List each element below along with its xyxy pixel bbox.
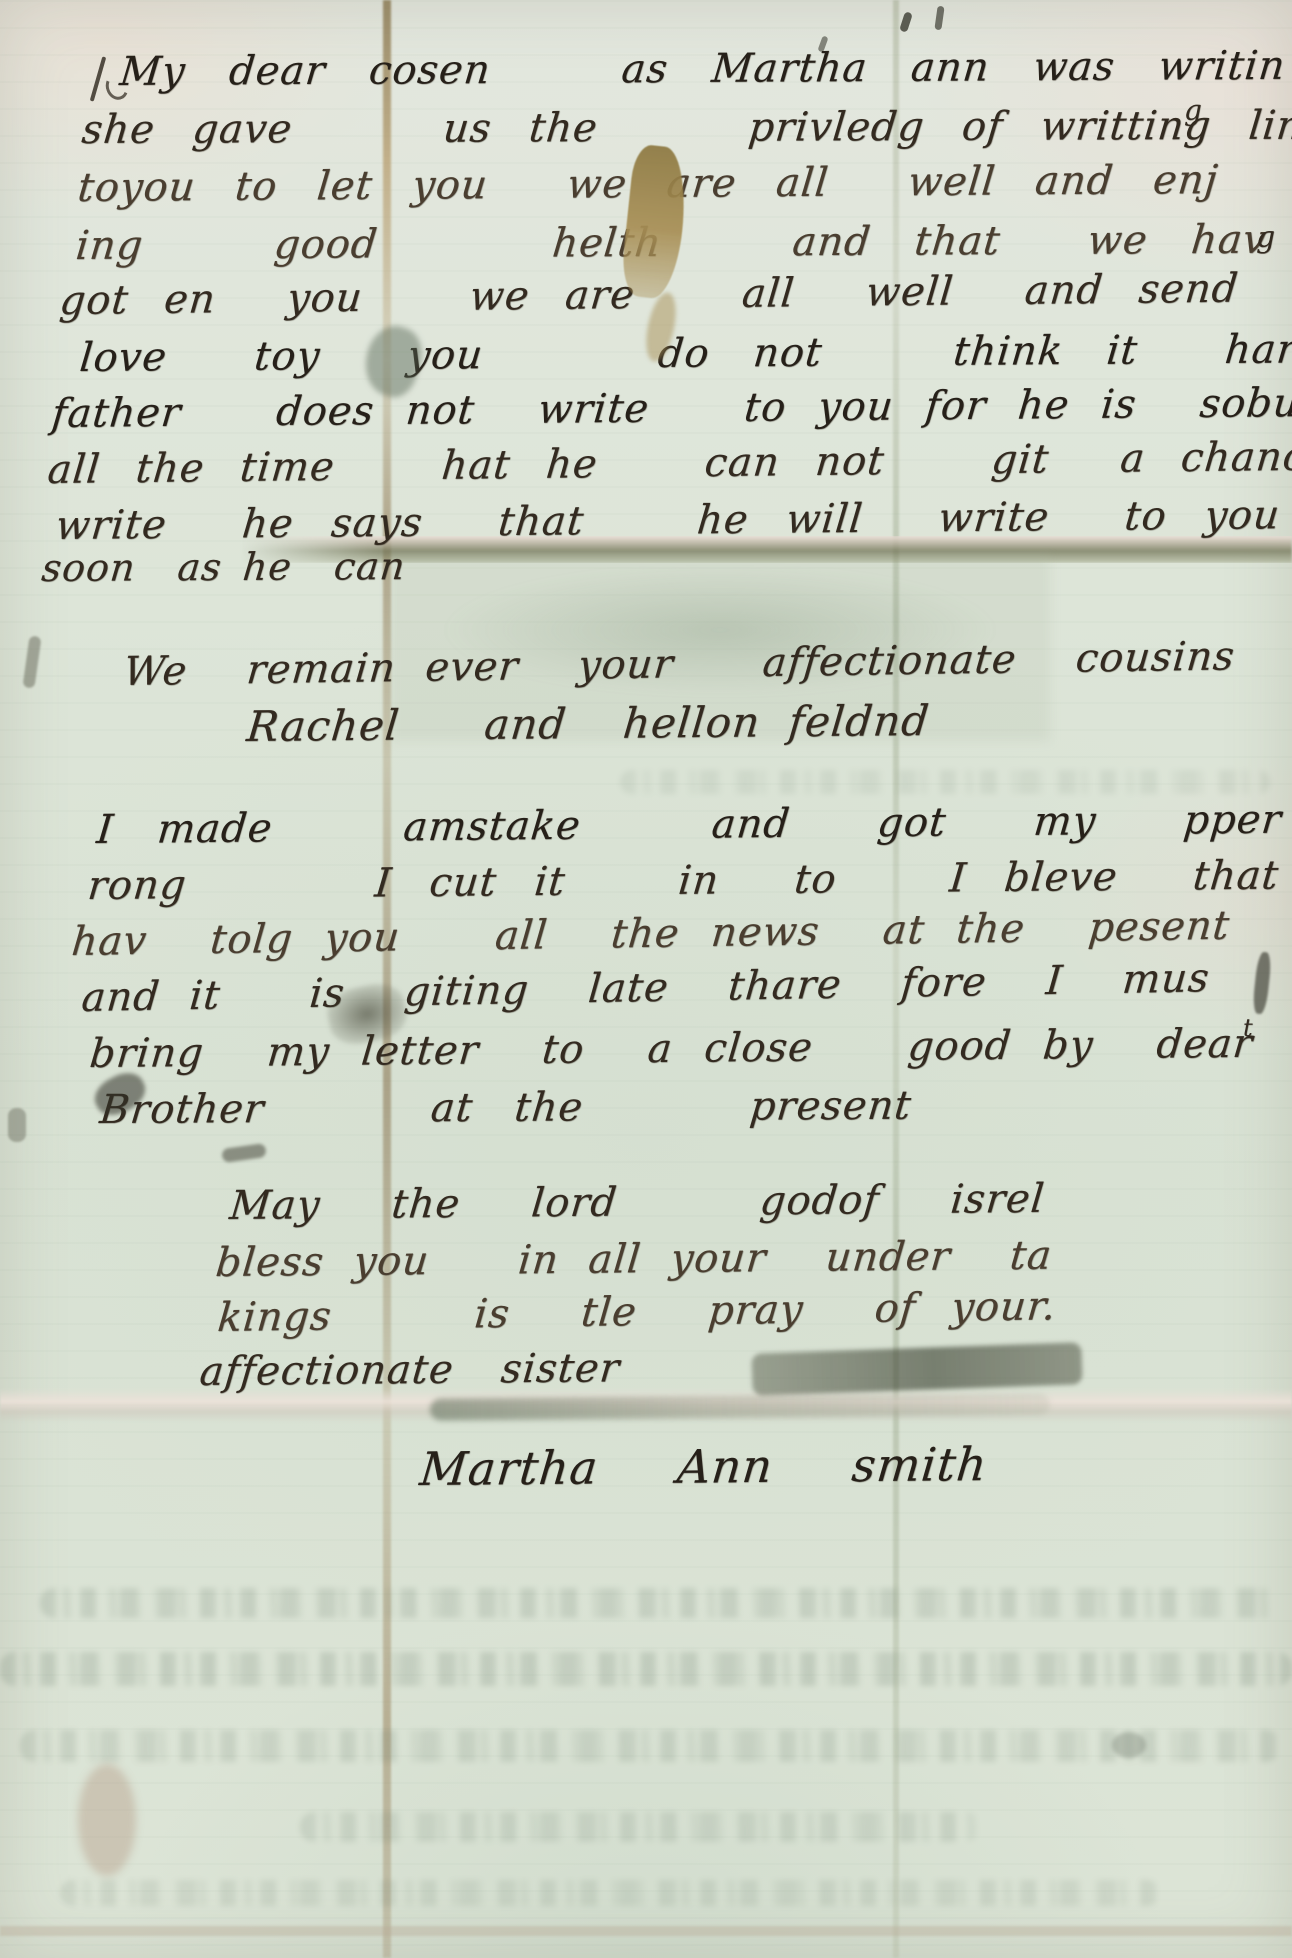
letter-page: My dear cosen as Martha ann was writin s… <box>0 0 1292 1958</box>
letter-line: My dear cosen as Martha ann was writin <box>118 46 1287 92</box>
letter-line: ing good helth and that we hav not for <box>74 218 1292 266</box>
fold-crease-bottom <box>0 1926 1292 1936</box>
bleed-through-row <box>300 1812 980 1842</box>
letter-line: affectionate sister <box>198 1348 622 1392</box>
letter-line: bring my letter to a close good by dear <box>88 1024 1255 1074</box>
superscript-insertion: g <box>1184 94 1202 127</box>
top-speck-2 <box>934 6 944 31</box>
letter-line: I made amstake and got my pper <box>95 800 1284 850</box>
letter-line: hav tolg you all the news at the pesent <box>70 906 1232 962</box>
letter-line: Rachel and hellon feldnd <box>245 700 931 748</box>
bleed-through-row <box>40 1588 1280 1618</box>
letter-line: May the lord godof isrel <box>228 1179 1047 1226</box>
letter-line: kings is tle pray of your. <box>216 1286 1058 1338</box>
letter-line: write he says that he will write to you … <box>54 494 1292 546</box>
superscript-insertion: g <box>1256 220 1275 255</box>
letter-line: Brother at the present <box>98 1086 914 1130</box>
letter-line: bless you in all your under ta <box>214 1236 1054 1283</box>
stain-bottom-left <box>78 1764 136 1876</box>
letter-line: soon as he can <box>40 547 407 587</box>
signature: Martha Ann smith <box>418 1441 989 1492</box>
letter-line: rong I cut it in to I bleve that I <box>86 855 1292 906</box>
top-speck-1 <box>899 11 913 32</box>
ink-flourish-slash <box>90 56 107 101</box>
bleed-through-row <box>60 1880 1160 1906</box>
letter-line: We remain ever your affectionate cousins <box>122 636 1237 692</box>
letter-line: all the time hat he can not git a chance… <box>46 435 1292 490</box>
letter-line: and it is giting late thare fore I mus <box>80 958 1211 1018</box>
margin-tick-1 <box>22 635 41 688</box>
bleed-through-row <box>620 770 1270 794</box>
superscript-insertion: t <box>1243 1014 1253 1042</box>
ink-streak-right <box>1252 951 1272 1014</box>
letter-line: she gave us the privledg of writting lin… <box>80 106 1292 150</box>
ink-dash <box>221 1143 267 1163</box>
bleed-through-row <box>0 1652 1292 1686</box>
margin-tick-2 <box>8 1108 26 1142</box>
stain-bottom-right <box>1112 1732 1146 1758</box>
letter-line: father does not write to you for he is s… <box>50 382 1292 434</box>
bleed-through-row <box>20 1730 1280 1762</box>
letter-line: love toy you do not think it hard that <box>78 328 1292 378</box>
